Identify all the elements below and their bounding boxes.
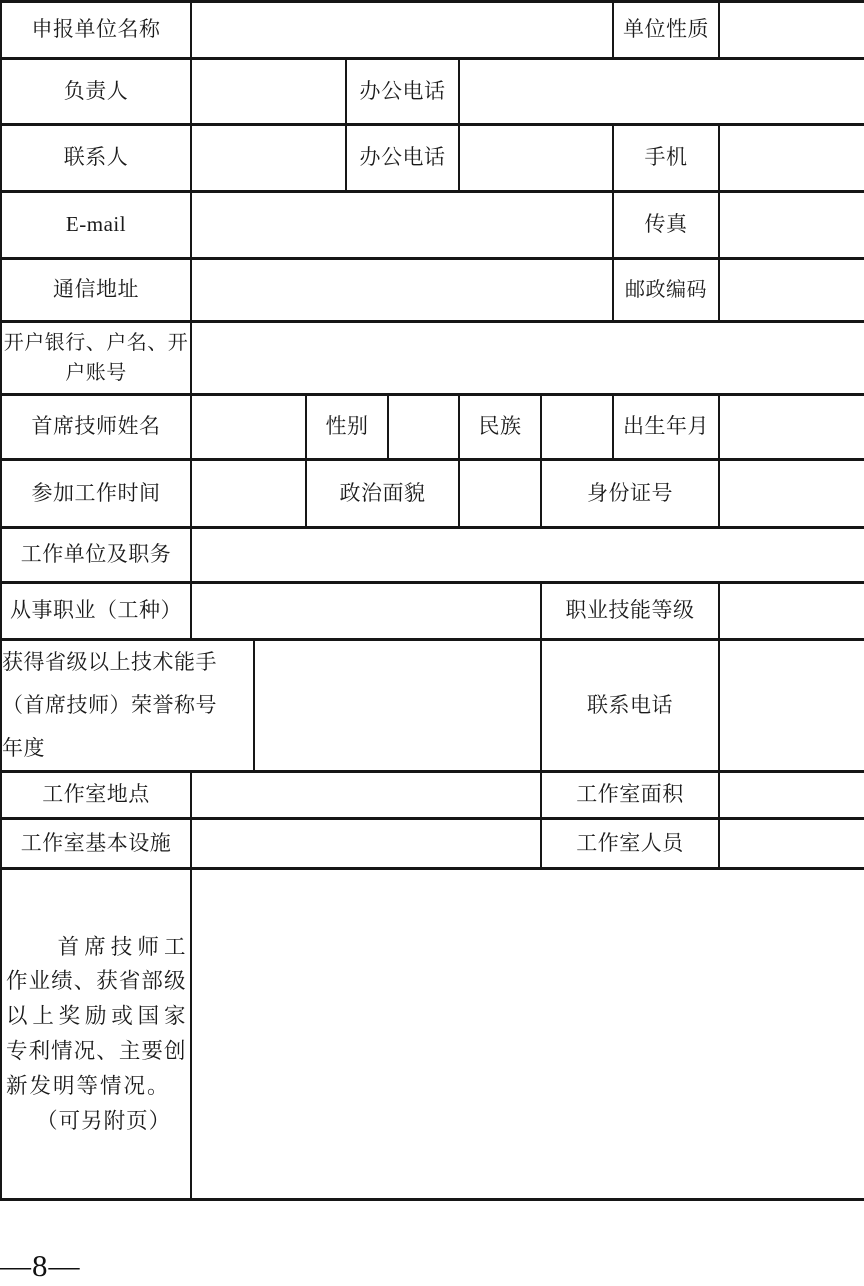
studio-staff-label: 工作室人员 <box>541 819 719 869</box>
contact-person-label: 联系人 <box>1 125 191 192</box>
row-email: E-mail 传真 <box>1 192 864 259</box>
skill-level-label: 职业技能等级 <box>541 583 719 640</box>
declaring-unit-name-label: 申报单位名称 <box>1 2 191 59</box>
row-work-unit: 工作单位及职务 <box>1 528 864 583</box>
studio-location-label: 工作室地点 <box>1 772 191 819</box>
occupation-field <box>191 583 541 640</box>
postal-code-label: 邮政编码 <box>613 259 719 322</box>
occupation-label: 从事职业（工种） <box>1 583 191 640</box>
gender-label: 性别 <box>306 395 388 460</box>
row-chief-technician: 首席技师姓名 性别 民族 出生年月 <box>1 395 864 460</box>
mobile-label: 手机 <box>613 125 719 192</box>
achievements-line: 专利情况、主要创 <box>6 1034 186 1069</box>
chief-technician-name-label: 首席技师姓名 <box>1 395 191 460</box>
office-phone-1-label: 办公电话 <box>346 59 459 125</box>
fax-label: 传真 <box>613 192 719 259</box>
birth-date-label: 出生年月 <box>613 395 719 460</box>
bank-account-label: 开户银行、户名、开 户账号 <box>1 322 191 395</box>
application-form-table: 申报单位名称 单位性质 负责人 办公电话 联系人 办公电话 手机 E-mail … <box>0 0 864 1201</box>
fax-field <box>719 192 864 259</box>
work-start-time-label: 参加工作时间 <box>1 460 191 528</box>
id-number-label: 身份证号 <box>541 460 719 528</box>
row-mailing-address: 通信地址 邮政编码 <box>1 259 864 322</box>
email-label: E-mail <box>1 192 191 259</box>
email-field <box>191 192 613 259</box>
ethnicity-label: 民族 <box>459 395 541 460</box>
political-status-label: 政治面貌 <box>306 460 459 528</box>
ethnicity-field <box>541 395 613 460</box>
mailing-address-field <box>191 259 613 322</box>
achievements-label-text: 首席技师工 作业绩、获省部级 以上奖励或国家 专利情况、主要创 新发明等情况。 … <box>2 930 190 1139</box>
row-occupation: 从事职业（工种） 职业技能等级 <box>1 583 864 640</box>
contact-phone-label: 联系电话 <box>541 640 719 772</box>
row-studio-location: 工作室地点 工作室面积 <box>1 772 864 819</box>
achievements-label: 首席技师工 作业绩、获省部级 以上奖励或国家 专利情况、主要创 新发明等情况。 … <box>1 869 191 1200</box>
mobile-field <box>719 125 864 192</box>
achievements-line: （可另附页） <box>6 1104 186 1139</box>
work-unit-position-label: 工作单位及职务 <box>1 528 191 583</box>
achievements-line: 首席技师工 <box>6 930 186 965</box>
work-unit-position-field <box>191 528 864 583</box>
row-studio-facilities: 工作室基本设施 工作室人员 <box>1 819 864 869</box>
achievements-line: 新发明等情况。 <box>6 1069 186 1104</box>
achievements-field <box>191 869 864 1200</box>
contact-person-field <box>191 125 346 192</box>
mailing-address-label: 通信地址 <box>1 259 191 322</box>
person-in-charge-field <box>191 59 346 125</box>
political-status-field <box>459 460 541 528</box>
declaring-unit-name-field <box>191 2 613 59</box>
postal-code-field <box>719 259 864 322</box>
bank-account-field <box>191 322 864 395</box>
work-start-time-field <box>191 460 306 528</box>
achievements-line: 以上奖励或国家 <box>6 999 186 1034</box>
office-phone-1-field <box>459 59 864 125</box>
gender-field <box>388 395 459 460</box>
studio-area-field <box>719 772 864 819</box>
studio-location-field <box>191 772 541 819</box>
unit-nature-label: 单位性质 <box>613 2 719 59</box>
achievements-line: 作业绩、获省部级 <box>6 964 186 999</box>
honor-title-year-field <box>254 640 541 772</box>
honor-title-year-label: 获得省级以上技术能手 （首席技师）荣誉称号 年度 <box>1 640 254 772</box>
skill-level-field <box>719 583 864 640</box>
unit-nature-field <box>719 2 864 59</box>
contact-phone-field <box>719 640 864 772</box>
studio-staff-field <box>719 819 864 869</box>
row-contact-person: 联系人 办公电话 手机 <box>1 125 864 192</box>
birth-date-field <box>719 395 864 460</box>
person-in-charge-label: 负责人 <box>1 59 191 125</box>
studio-facilities-field <box>191 819 541 869</box>
row-work-start: 参加工作时间 政治面貌 身份证号 <box>1 460 864 528</box>
studio-area-label: 工作室面积 <box>541 772 719 819</box>
id-number-field <box>719 460 864 528</box>
chief-technician-name-field <box>191 395 306 460</box>
row-bank-account: 开户银行、户名、开 户账号 <box>1 322 864 395</box>
office-phone-2-label: 办公电话 <box>346 125 459 192</box>
row-person-in-charge: 负责人 办公电话 <box>1 59 864 125</box>
page-number: —8— <box>0 1248 81 1284</box>
studio-facilities-label: 工作室基本设施 <box>1 819 191 869</box>
row-declaring-unit: 申报单位名称 单位性质 <box>1 2 864 59</box>
row-honor-title: 获得省级以上技术能手 （首席技师）荣誉称号 年度 联系电话 <box>1 640 864 772</box>
row-achievements: 首席技师工 作业绩、获省部级 以上奖励或国家 专利情况、主要创 新发明等情况。 … <box>1 869 864 1200</box>
office-phone-2-field <box>459 125 613 192</box>
